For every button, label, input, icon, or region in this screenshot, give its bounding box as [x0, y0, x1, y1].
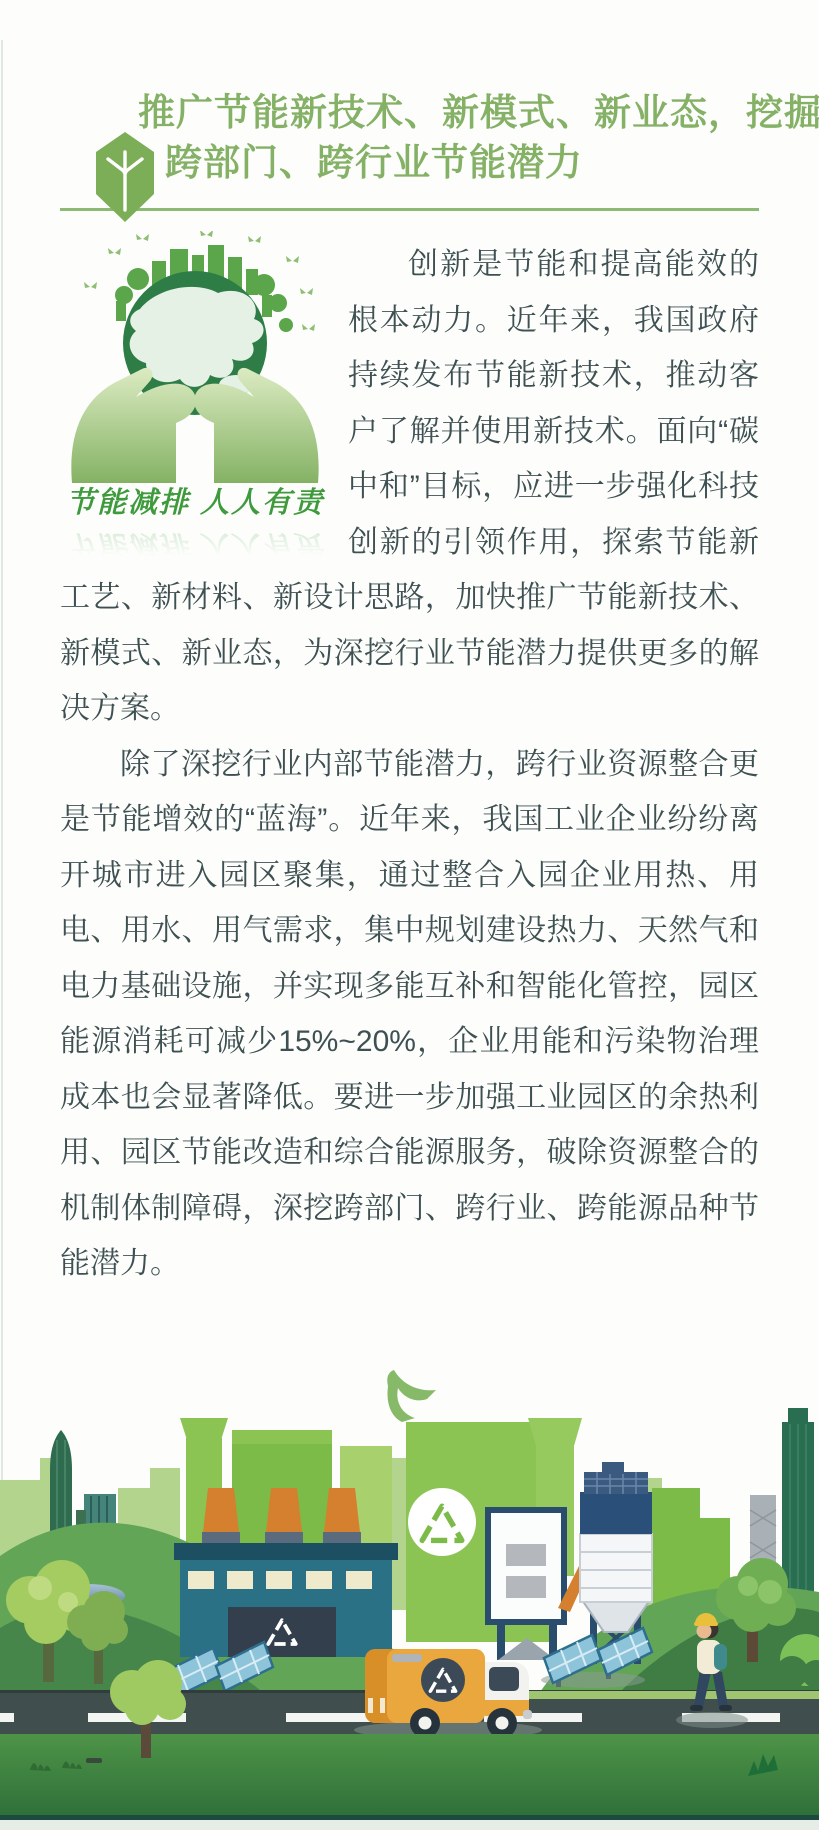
page-bottom-edge	[0, 1820, 819, 1830]
earth-in-hands-illustration	[56, 231, 334, 483]
backpack	[714, 1644, 727, 1670]
article-body: 节能减排 人人有责 节能减排 人人有责 创新是节能和提高能效的根本动力。近年来，…	[60, 237, 759, 1292]
earth-in-hands-figure: 节能减排 人人有责 节能减排 人人有责	[56, 231, 334, 563]
recycling-truck	[354, 1649, 542, 1739]
section-title-line1: 推广节能新技术、新模式、新业态，挖掘	[138, 88, 759, 138]
scene-bottom-line	[0, 1815, 819, 1820]
wind-turbine-hexagon-icon	[93, 130, 157, 224]
header-divider	[60, 208, 759, 211]
factory-chimneys	[202, 1488, 361, 1545]
slogan-reflection: 节能减排 人人有责	[56, 523, 334, 567]
slogan-text: 节能减排 人人有责	[56, 481, 334, 525]
green-city-illustration	[0, 1360, 819, 1830]
paragraph-2: 除了深挖行业内部节能潜力，跨行业资源整合更是节能增效的“蓝海”。近年来，我国工业…	[60, 737, 759, 1292]
flying-bird	[387, 1370, 436, 1422]
brochure-page: 推广节能新技术、新模式、新业态，挖掘 跨部门、跨行业节能潜力	[0, 0, 819, 1830]
grass	[0, 1734, 819, 1818]
factory-garage-door	[228, 1607, 336, 1657]
section-header: 推广节能新技术、新模式、新业态，挖掘 跨部门、跨行业节能潜力	[60, 88, 759, 211]
section-title-line2: 跨部门、跨行业节能潜力	[165, 138, 759, 188]
recycle-logo-circle	[408, 1488, 476, 1556]
